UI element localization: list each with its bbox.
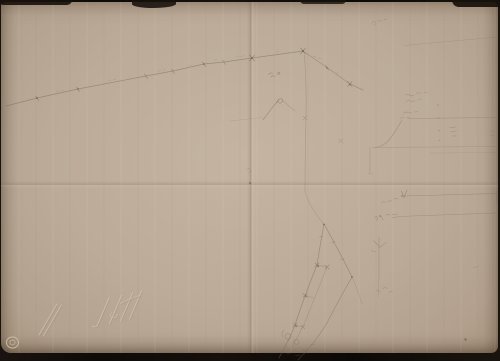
paper-specks — [36, 50, 467, 341]
hill-sketch — [263, 99, 295, 120]
stray-marks — [230, 19, 497, 173]
photo-backdrop — [0, 0, 500, 361]
profile-sketch — [368, 92, 498, 297]
tie-line — [303, 55, 324, 224]
pencil-sketch — [0, 0, 500, 361]
parcel-sketch — [279, 224, 363, 360]
traverse-line — [6, 48, 363, 106]
embossed-marks — [7, 291, 143, 349]
